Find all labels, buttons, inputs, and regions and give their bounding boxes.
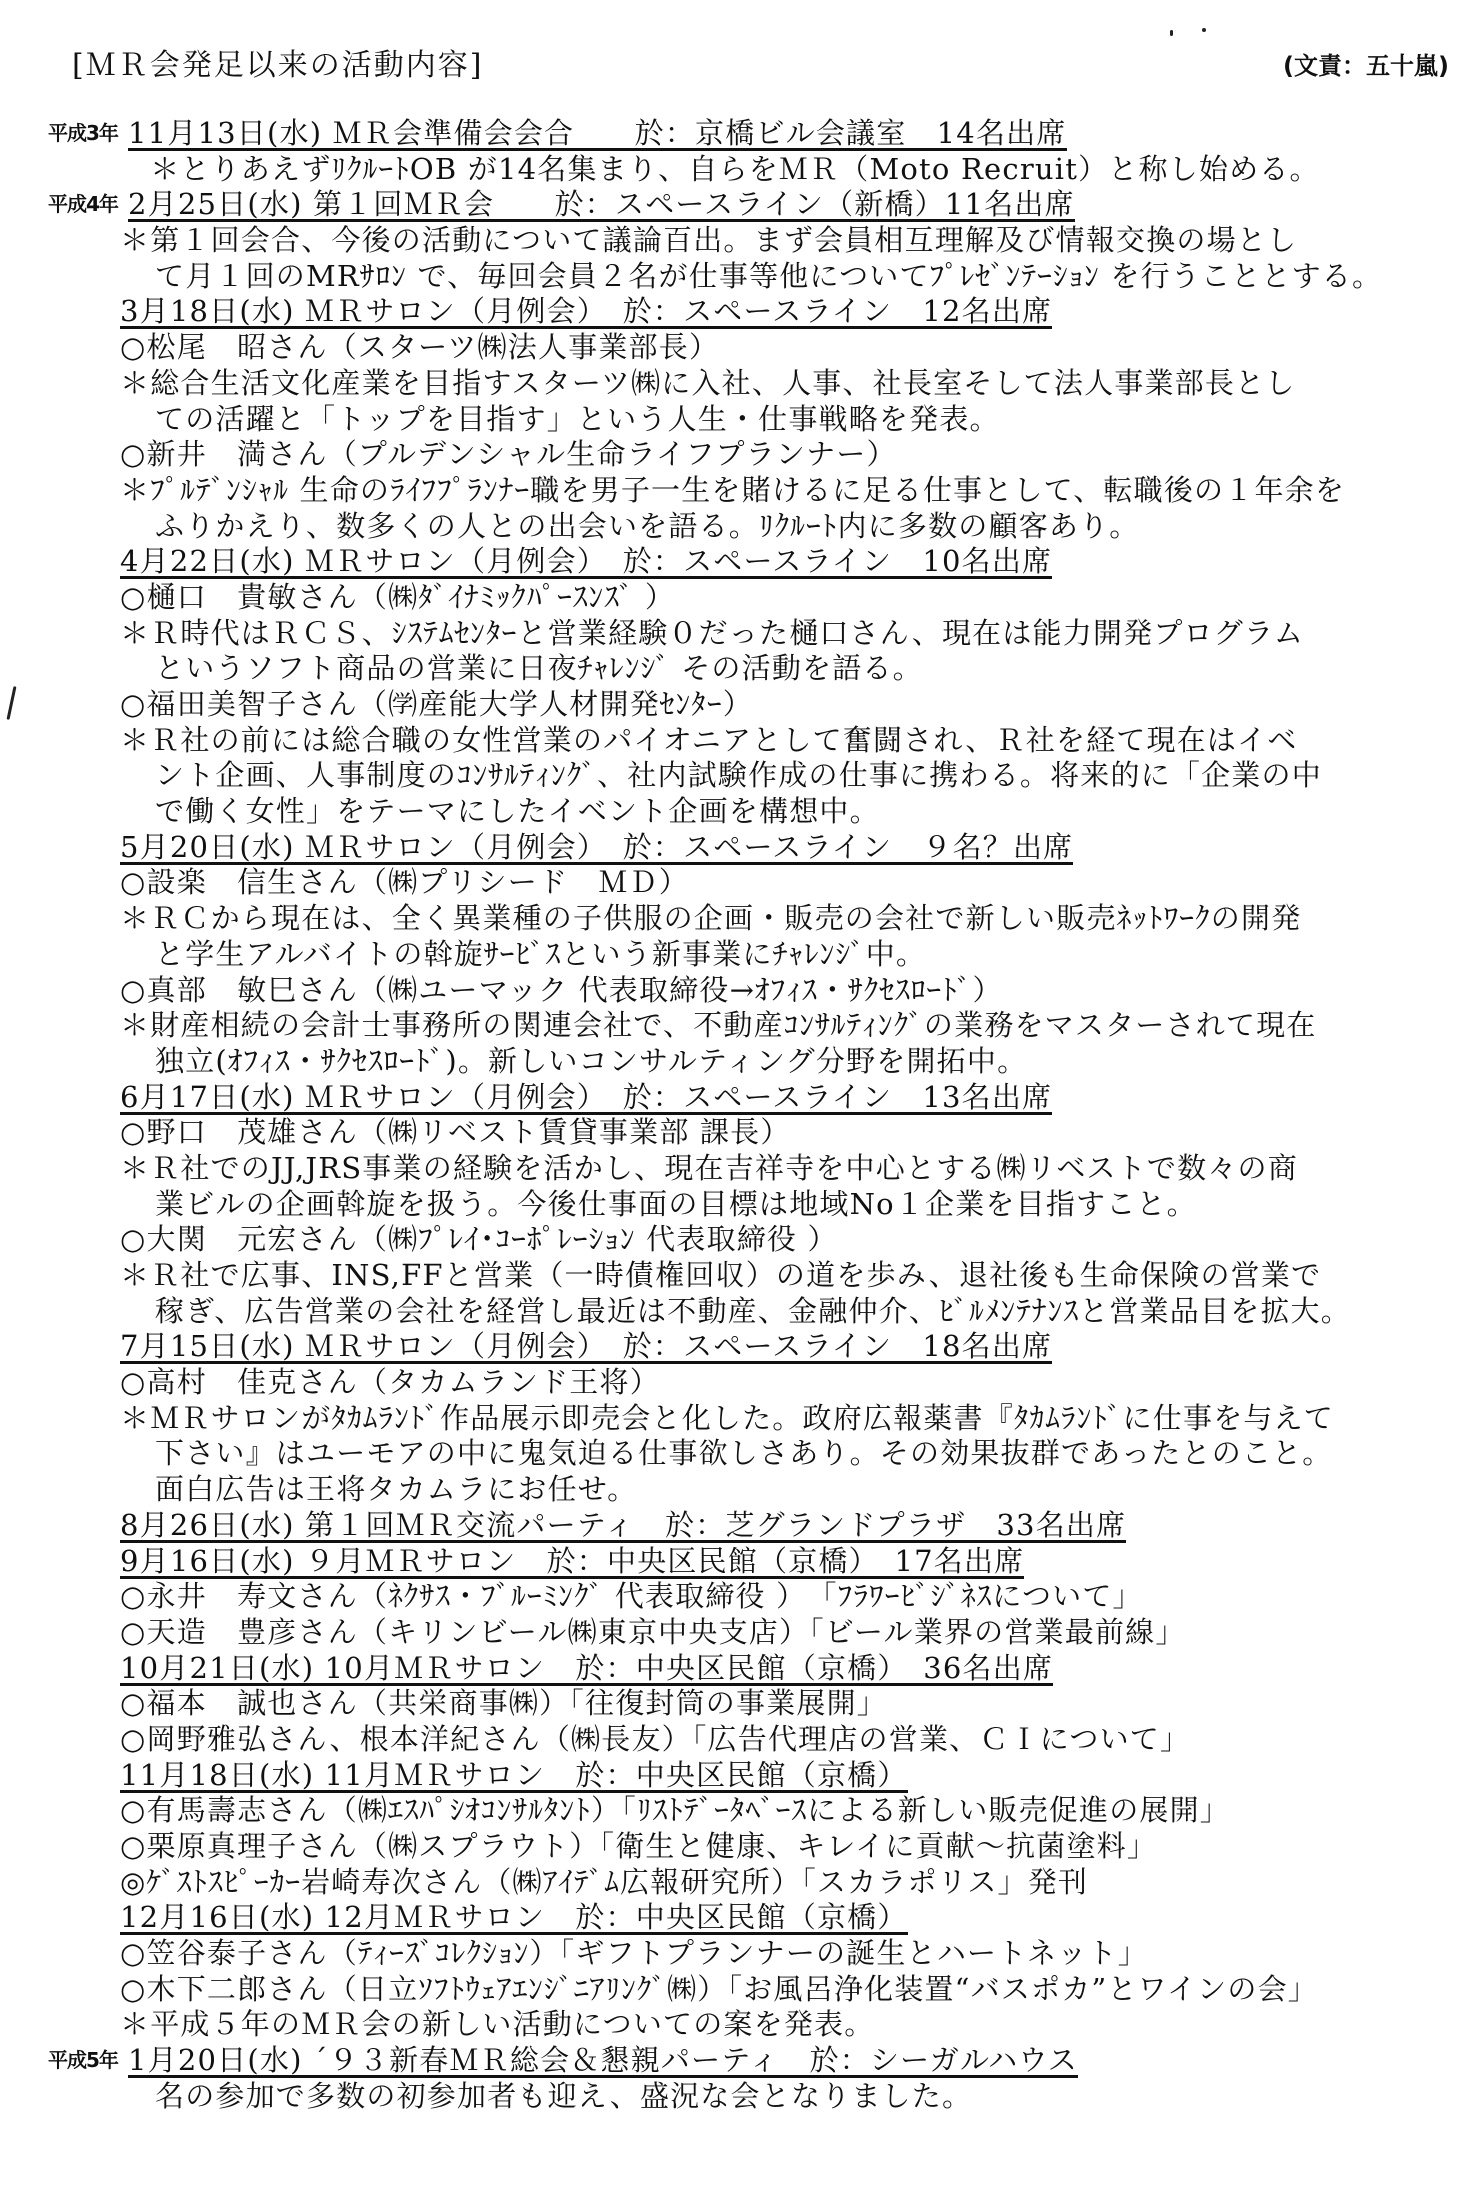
activity-log: 平成3年11月13日(水) ＭＲ会準備会会合 於：京橋ビル会議室 14名出席 ＊… <box>0 116 1481 2115</box>
speaker-entry: ○大関 元宏さん（㈱ﾌﾟﾚｲ･ｺｰﾎﾟﾚｰｼｮﾝ 代表取締役 ） <box>0 1222 1481 1258</box>
speaker-entry: ○松尾 昭さん（スターツ㈱法人事業部長） <box>0 330 1481 366</box>
event-note-continuation: 業ビルの企画斡旋を扱う。今後仕事面の目標は地域No１企業を目指すこと。 <box>0 1187 1481 1223</box>
speaker-entry: ○福田美智子さん（㈻産能大学人材開発ｾﾝﾀｰ） <box>0 687 1481 723</box>
line-text: ＊ﾌﾟﾙﾃﾞﾝｼｬﾙ 生命のﾗｲﾌﾌﾟﾗﾝﾅｰ職を男子一生を賭けるに足る仕事とし… <box>120 473 1345 509</box>
speaker-entry: ○木下二郎さん（日立ｿﾌﾄｳｪｱｴﾝｼﾞﾆｱﾘﾝｸﾞ㈱）「お風呂浄化装置“バスポ… <box>0 1972 1481 2008</box>
line-text: ント企画、人事制度のｺﾝｻﾙﾃｨﾝｸﾞ、社内試験作成の仕事に携わる。将来的に「企… <box>155 758 1322 794</box>
line-text: て月１回のMRｻﾛﾝ で、毎回会員２名が仕事等他についてﾌﾟﾚｾﾞﾝﾃｰｼｮﾝ … <box>155 259 1382 295</box>
line-text: ○野口 茂雄さん（㈱リベスト賃貸事業部 課長） <box>120 1115 791 1151</box>
event-heading: 平成4年2月25日(水) 第１回ＭＲ会 於：スペースライン（新橋）11名出席 <box>0 187 1481 223</box>
document-title: [ＭＲ会発足以来の活動内容] <box>72 40 483 84</box>
line-text: ○笠谷泰子さん（ﾃｨｰｽﾞｺﾚｸｼｮﾝ）「ギフトプランナーの誕生とハートネット」 <box>120 1936 1148 1972</box>
line-text: 6月17日(水) ＭＲサロン（月例会） 於：スペースライン 13名出席 <box>120 1082 1052 1115</box>
era-year-label: 平成3年 <box>48 116 118 152</box>
line-text: ○新井 満さん（プルデンシャル生命ライフプランナー） <box>120 437 897 473</box>
line-text: ○岡野雅弘さん、根本洋紀さん（㈱長友）「広告代理店の営業、ＣＩについて」 <box>120 1722 1190 1758</box>
speaker-entry: ○真部 敏巳さん（㈱ユーマック 代表取締役→ｵﾌｨｽ・ｻｸｾｽﾛｰﾄﾞ） <box>0 973 1481 1009</box>
speaker-entry: ○設楽 信生さん（㈱プリシード ＭＤ） <box>0 865 1481 901</box>
line-text: ○木下二郎さん（日立ｿﾌﾄｳｪｱｴﾝｼﾞﾆｱﾘﾝｸﾞ㈱）「お風呂浄化装置“バスポ… <box>120 1972 1318 2008</box>
event-note-continuation: と学生アルバイトの斡旋ｻｰﾋﾞｽという新事業にﾁｬﾚﾝｼﾞ中。 <box>0 937 1481 973</box>
line-text: 1月20日(水) ´９３新春ＭＲ総会＆懇親パーティ 於：シーガルハウス <box>128 2045 1078 2078</box>
line-text: 9月16日(水) ９月ＭＲサロン 於：中央区民館（京橋） 17名出席 <box>120 1546 1024 1579</box>
event-note-continuation: で働く女性」をテーマにしたイベント企画を構想中。 <box>0 794 1481 830</box>
line-text: ○設楽 信生さん（㈱プリシード ＭＤ） <box>120 865 689 901</box>
event-note-continuation: 名の参加で多数の初参加者も迎え、盛況な会となりました。 <box>0 2079 1481 2115</box>
line-text: ＊ＭＲサロンがﾀｶﾑﾗﾝﾄﾞ作品展示即売会と化した。政府広報薬書『ﾀｶﾑﾗﾝﾄﾞ… <box>120 1401 1334 1437</box>
event-note: ＊とりあえずﾘｸﾙｰﾄOB が14名集まり、自らをＭＲ（Moto Recruit… <box>0 152 1481 188</box>
event-note: ＊ＭＲサロンがﾀｶﾑﾗﾝﾄﾞ作品展示即売会と化した。政府広報薬書『ﾀｶﾑﾗﾝﾄﾞ… <box>0 1401 1481 1437</box>
line-text: 下さい』はユーモアの中に鬼気迫る仕事欲しさあり。その効果抜群であったとのこと。 <box>155 1436 1333 1472</box>
line-text: 4月22日(水) ＭＲサロン（月例会） 於：スペースライン 10名出席 <box>120 546 1052 579</box>
event-note-continuation: というソフト商品の営業に日夜ﾁｬﾚﾝｼﾞ その活動を語る。 <box>0 651 1481 687</box>
author-credit: (文責：五十嵐) <box>1283 46 1449 81</box>
speaker-entry: ◎ｹﾞｽﾄｽﾋﾟｰｶｰ岩崎寿次さん（㈱ｱｲﾃﾞﾑ広報研究所）「スカラポリス」発刊 <box>0 1865 1481 1901</box>
event-note-continuation: 独立(ｵﾌｨｽ・ｻｸｾｽﾛｰﾄﾞ)。新しいコンサルティング分野を開拓中。 <box>0 1044 1481 1080</box>
speaker-entry: ○笠谷泰子さん（ﾃｨｰｽﾞｺﾚｸｼｮﾝ）「ギフトプランナーの誕生とハートネット」 <box>0 1936 1481 1972</box>
era-year-label: 平成5年 <box>48 2043 118 2079</box>
line-text: ○有馬壽志さん（㈱ｴｽﾊﾟｼｵｺﾝｻﾙﾀﾝﾄ）「ﾘｽﾄﾃﾞｰﾀﾍﾞｰｽによる新し… <box>120 1793 1230 1829</box>
line-text: というソフト商品の営業に日夜ﾁｬﾚﾝｼﾞ その活動を語る。 <box>155 651 923 687</box>
line-text: 稼ぎ、広告営業の会社を経営し最近は不動産、金融仲介、ﾋﾞﾙﾒﾝﾃﾅﾝｽと営業品目… <box>155 1294 1351 1330</box>
line-text: ○天造 豊彦さん（キリンビール㈱東京中央支店）「ビール業界の営業最前線」 <box>120 1615 1186 1651</box>
event-note: ＊ＲＣから現在は、全く異業種の子供服の企画・販売の会社で新しい販売ﾈｯﾄﾜｰｸの… <box>0 901 1481 937</box>
event-note-continuation: ての活躍と「トップを目指す」という人生・仕事戦略を発表。 <box>0 402 1481 438</box>
line-text: 独立(ｵﾌｨｽ・ｻｸｾｽﾛｰﾄﾞ)。新しいコンサルティング分野を開拓中。 <box>155 1044 1027 1080</box>
scan-artifact-mark <box>1170 30 1173 36</box>
line-text: 8月26日(水) 第１回ＭＲ交流パーティ 於：芝グランドプラザ 33名出席 <box>120 1510 1126 1543</box>
event-note: ＊平成５年のＭＲ会の新しい活動についての案を発表。 <box>0 2007 1481 2043</box>
line-text: ＊第１回会合、今後の活動について議論百出。まず会員相互理解及び情報交換の場とし <box>120 223 1297 259</box>
speaker-entry: ○有馬壽志さん（㈱ｴｽﾊﾟｼｵｺﾝｻﾙﾀﾝﾄ）「ﾘｽﾄﾃﾞｰﾀﾍﾞｰｽによる新し… <box>0 1793 1481 1829</box>
event-note: ＊Ｒ社で広事、INS,FFと営業（一時債権回収）の道を歩み、退社後も生命保険の営… <box>0 1258 1481 1294</box>
line-text: 10月21日(水) 10月ＭＲサロン 於：中央区民館（京橋） 36名出席 <box>120 1653 1053 1686</box>
line-text: ＊Ｒ時代はＲＣＳ、ｼｽﾃﾑｾﾝﾀｰと営業経験０だった樋口さん、現在は能力開発プロ… <box>120 616 1304 652</box>
line-text: ○福本 誠也さん（共栄商事㈱）「往復封筒の事業展開」 <box>120 1686 887 1722</box>
event-note: ＊Ｒ社でのJJ,JRS事業の経験を活かし、現在吉祥寺を中心とする㈱リベストで数々… <box>0 1151 1481 1187</box>
event-note-continuation: 面白広告は王将タカムラにお任せ。 <box>0 1472 1481 1508</box>
event-note-continuation: ント企画、人事制度のｺﾝｻﾙﾃｨﾝｸﾞ、社内試験作成の仕事に携わる。将来的に「企… <box>0 758 1481 794</box>
line-text: 業ビルの企画斡旋を扱う。今後仕事面の目標は地域No１企業を目指すこと。 <box>155 1187 1197 1223</box>
line-text: ○真部 敏巳さん（㈱ユーマック 代表取締役→ｵﾌｨｽ・ｻｸｾｽﾛｰﾄﾞ） <box>120 973 1003 1009</box>
event-heading: 平成5年1月20日(水) ´９３新春ＭＲ総会＆懇親パーティ 於：シーガルハウス <box>0 2043 1481 2079</box>
event-note-continuation: 下さい』はユーモアの中に鬼気迫る仕事欲しさあり。その効果抜群であったとのこと。 <box>0 1436 1481 1472</box>
speaker-entry: ○樋口 貴敏さん（㈱ﾀﾞｲﾅﾐｯｸﾊﾟｰｽﾝｽﾞ ） <box>0 580 1481 616</box>
line-text: 名の参加で多数の初参加者も迎え、盛況な会となりました。 <box>155 2079 972 2115</box>
era-year-label: 平成4年 <box>48 187 118 223</box>
event-heading: 7月15日(水) ＭＲサロン（月例会） 於：スペースライン 18名出席 <box>0 1329 1481 1365</box>
line-text: 12月16日(水) 12月ＭＲサロン 於：中央区民館（京橋） <box>120 1902 908 1935</box>
speaker-entry: ○新井 満さん（プルデンシャル生命ライフプランナー） <box>0 437 1481 473</box>
event-note-continuation: ふりかえり、数多くの人との出会いを語る。ﾘｸﾙｰﾄ内に多数の顧客あり。 <box>0 509 1481 545</box>
line-text: と学生アルバイトの斡旋ｻｰﾋﾞｽという新事業にﾁｬﾚﾝｼﾞ中。 <box>155 937 926 973</box>
event-note: ＊Ｒ時代はＲＣＳ、ｼｽﾃﾑｾﾝﾀｰと営業経験０だった樋口さん、現在は能力開発プロ… <box>0 616 1481 652</box>
line-text: ○大関 元宏さん（㈱ﾌﾟﾚｲ･ｺｰﾎﾟﾚｰｼｮﾝ 代表取締役 ） <box>120 1222 838 1258</box>
line-text: ○栗原真理子さん（㈱スプラウト）「衛生と健康、キレイに貢献～抗菌塗料」 <box>120 1829 1157 1865</box>
line-text: 11月18日(水) 11月ＭＲサロン 於：中央区民館（京橋） <box>120 1760 908 1793</box>
event-note: ＊第１回会合、今後の活動について議論百出。まず会員相互理解及び情報交換の場とし <box>0 223 1481 259</box>
event-note: ＊総合生活文化産業を目指すスターツ㈱に入社、人事、社長室そして法人事業部長とし <box>0 366 1481 402</box>
line-text: ＊とりあえずﾘｸﾙｰﾄOB が14名集まり、自らをＭＲ（Moto Recruit… <box>120 152 1320 188</box>
event-note: ＊財産相続の会計士事務所の関連会社で、不動産ｺﾝｻﾙﾃｨﾝｸﾞの業務をマスターさ… <box>0 1008 1481 1044</box>
line-text: 7月15日(水) ＭＲサロン（月例会） 於：スペースライン 18名出席 <box>120 1331 1052 1364</box>
scanned-document-page: [ＭＲ会発足以来の活動内容] (文責：五十嵐) 平成3年11月13日(水) ＭＲ… <box>0 0 1481 2193</box>
line-text: ○永井 寿文さん（ﾈｸｻｽ・ﾌﾞﾙｰﾐﾝｸﾞ 代表取締役 ） 「ﾌﾗﾜｰﾋﾞｼﾞ… <box>120 1579 1143 1615</box>
line-text: ＊総合生活文化産業を目指すスターツ㈱に入社、人事、社長室そして法人事業部長とし <box>120 366 1295 402</box>
scan-artifact-mark <box>1202 28 1206 32</box>
speaker-entry: ○天造 豊彦さん（キリンビール㈱東京中央支店）「ビール業界の営業最前線」 <box>0 1615 1481 1651</box>
event-heading: 9月16日(水) ９月ＭＲサロン 於：中央区民館（京橋） 17名出席 <box>0 1544 1481 1580</box>
line-text: ての活躍と「トップを目指す」という人生・仕事戦略を発表。 <box>155 402 1000 438</box>
line-text: ＊財産相続の会計士事務所の関連会社で、不動産ｺﾝｻﾙﾃｨﾝｸﾞの業務をマスターさ… <box>120 1008 1317 1044</box>
speaker-entry: ○野口 茂雄さん（㈱リベスト賃貸事業部 課長） <box>0 1115 1481 1151</box>
line-text: 2月25日(水) 第１回ＭＲ会 於：スペースライン（新橋）11名出席 <box>128 189 1075 222</box>
event-heading: 8月26日(水) 第１回ＭＲ交流パーティ 於：芝グランドプラザ 33名出席 <box>0 1508 1481 1544</box>
line-text: 5月20日(水) ＭＲサロン（月例会） 於：スペースライン ９名？出席 <box>120 832 1073 865</box>
line-text: ＊Ｒ社でのJJ,JRS事業の経験を活かし、現在吉祥寺を中心とする㈱リベストで数々… <box>120 1151 1298 1187</box>
event-note-continuation: て月１回のMRｻﾛﾝ で、毎回会員２名が仕事等他についてﾌﾟﾚｾﾞﾝﾃｰｼｮﾝ … <box>0 259 1481 295</box>
speaker-entry: ○岡野雅弘さん、根本洋紀さん（㈱長友）「広告代理店の営業、ＣＩについて」 <box>0 1722 1481 1758</box>
speaker-entry: ○栗原真理子さん（㈱スプラウト）「衛生と健康、キレイに貢献～抗菌塗料」 <box>0 1829 1481 1865</box>
speaker-entry: ○永井 寿文さん（ﾈｸｻｽ・ﾌﾞﾙｰﾐﾝｸﾞ 代表取締役 ） 「ﾌﾗﾜｰﾋﾞｼﾞ… <box>0 1579 1481 1615</box>
line-text: ＊平成５年のＭＲ会の新しい活動についての案を発表。 <box>120 2007 874 2043</box>
line-text: ○高村 佳克さん（タカムランド王将） <box>120 1365 660 1401</box>
event-heading: 6月17日(水) ＭＲサロン（月例会） 於：スペースライン 13名出席 <box>0 1080 1481 1116</box>
line-text: ○松尾 昭さん（スターツ㈱法人事業部長） <box>120 330 719 366</box>
event-heading: 3月18日(水) ＭＲサロン（月例会） 於：スペースライン 12名出席 <box>0 294 1481 330</box>
speaker-entry: ○高村 佳克さん（タカムランド王将） <box>0 1365 1481 1401</box>
line-text: ○樋口 貴敏さん（㈱ﾀﾞｲﾅﾐｯｸﾊﾟｰｽﾝｽﾞ ） <box>120 580 675 616</box>
event-heading: 11月18日(水) 11月ＭＲサロン 於：中央区民館（京橋） <box>0 1758 1481 1794</box>
event-heading: 4月22日(水) ＭＲサロン（月例会） 於：スペースライン 10名出席 <box>0 544 1481 580</box>
line-text: ＊Ｒ社で広事、INS,FFと営業（一時債権回収）の道を歩み、退社後も生命保険の営… <box>120 1258 1321 1294</box>
line-text: 11月13日(水) ＭＲ会準備会会合 於：京橋ビル会議室 14名出席 <box>128 118 1067 151</box>
line-text: ＊Ｒ社の前には総合職の女性営業のパイオニアとして奮闘され、Ｒ社を経て現在はイベ <box>120 723 1298 759</box>
line-text: ふりかえり、数多くの人との出会いを語る。ﾘｸﾙｰﾄ内に多数の顧客あり。 <box>155 509 1140 545</box>
event-heading: 12月16日(水) 12月ＭＲサロン 於：中央区民館（京橋） <box>0 1900 1481 1936</box>
line-text: ○福田美智子さん（㈻産能大学人材開発ｾﾝﾀｰ） <box>120 687 753 723</box>
line-text: で働く女性」をテーマにしたイベント企画を構想中。 <box>155 794 880 830</box>
line-text: 3月18日(水) ＭＲサロン（月例会） 於：スペースライン 12名出席 <box>120 296 1052 329</box>
event-heading: 5月20日(水) ＭＲサロン（月例会） 於：スペースライン ９名？出席 <box>0 830 1481 866</box>
event-note: ＊Ｒ社の前には総合職の女性営業のパイオニアとして奮闘され、Ｒ社を経て現在はイベ <box>0 723 1481 759</box>
line-text: ◎ｹﾞｽﾄｽﾋﾟｰｶｰ岩崎寿次さん（㈱ｱｲﾃﾞﾑ広報研究所）「スカラポリス」発刊 <box>120 1865 1088 1901</box>
line-text: ＊ＲＣから現在は、全く異業種の子供服の企画・販売の会社で新しい販売ﾈｯﾄﾜｰｸの… <box>120 901 1301 937</box>
event-heading: 平成3年11月13日(水) ＭＲ会準備会会合 於：京橋ビル会議室 14名出席 <box>0 116 1481 152</box>
line-text: 面白広告は王将タカムラにお任せ。 <box>155 1472 637 1508</box>
event-note-continuation: 稼ぎ、広告営業の会社を経営し最近は不動産、金融仲介、ﾋﾞﾙﾒﾝﾃﾅﾝｽと営業品目… <box>0 1294 1481 1330</box>
speaker-entry: ○福本 誠也さん（共栄商事㈱）「往復封筒の事業展開」 <box>0 1686 1481 1722</box>
event-note: ＊ﾌﾟﾙﾃﾞﾝｼｬﾙ 生命のﾗｲﾌﾌﾟﾗﾝﾅｰ職を男子一生を賭けるに足る仕事とし… <box>0 473 1481 509</box>
event-heading: 10月21日(水) 10月ＭＲサロン 於：中央区民館（京橋） 36名出席 <box>0 1651 1481 1687</box>
